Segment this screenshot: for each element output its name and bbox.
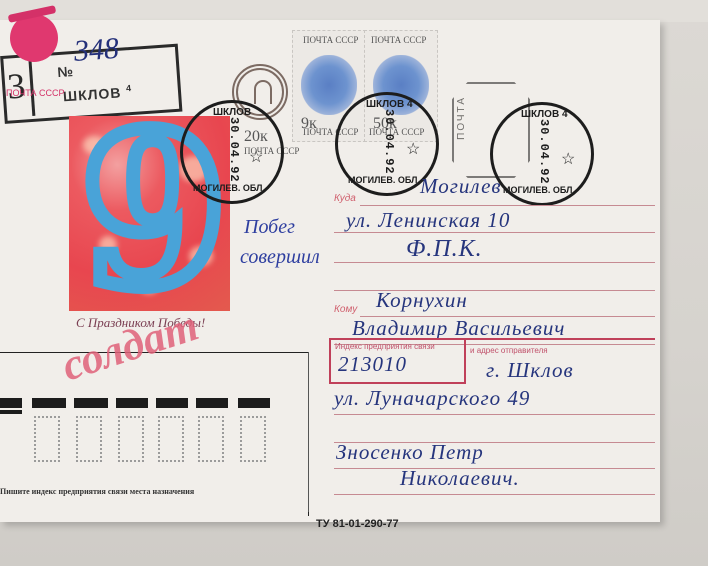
registration-number: 348 xyxy=(73,32,120,69)
whom-label: Кому xyxy=(334,304,357,315)
address-rule xyxy=(334,262,655,263)
print-spec-code: ТУ 81-01-290-77 xyxy=(316,518,399,530)
sender-index: 213010 xyxy=(338,352,407,377)
envelope-back-flap xyxy=(0,0,708,22)
address-rule xyxy=(360,205,655,206)
code-bar xyxy=(156,398,188,408)
postal-digit-box xyxy=(34,416,60,462)
blue-note-line-2: совершил xyxy=(240,246,320,269)
code-bar xyxy=(116,398,148,408)
postal-code-caption: Пишите индекс предприятия связи места на… xyxy=(0,487,194,496)
postmark-region: МОГИЛЕВ. ОБЛ. xyxy=(503,185,575,195)
star-icon: ☆ xyxy=(406,139,420,159)
postage-mark-text: ПОЧТА xyxy=(456,96,467,140)
blue-note-line-1: Побег xyxy=(244,216,295,239)
postal-digit-box xyxy=(76,416,102,462)
star-icon: ☆ xyxy=(249,147,263,167)
sender-street: ул. Луначарского 49 xyxy=(334,386,530,411)
star-icon: ☆ xyxy=(561,149,575,169)
code-bar xyxy=(196,398,228,408)
sender-address-rule xyxy=(462,338,655,340)
postal-digit-box xyxy=(198,416,224,462)
code-area-border xyxy=(308,352,309,512)
code-bar xyxy=(74,398,108,408)
postal-digit-box xyxy=(240,416,266,462)
postmark-region: МОГИЛЕВ. ОБЛ. xyxy=(348,175,420,185)
sender-surname-name: Зносенко Петр xyxy=(336,440,484,465)
address-rule xyxy=(334,414,655,415)
destination-city: Могилев xyxy=(420,174,502,199)
postal-digit-box xyxy=(118,416,144,462)
registration-class: 3 xyxy=(0,54,35,118)
postal-digit-box xyxy=(158,416,184,462)
recipient-surname: Корнухин xyxy=(376,288,468,313)
destination-street: ул. Ленинская 10 xyxy=(346,208,510,233)
address-rule xyxy=(334,494,655,495)
stamp-country: ПОЧТА СССР xyxy=(6,88,64,98)
cancellation-postmark: 30.04.92 ШКЛОВ МОГИЛЕВ. ОБЛ. ☆ xyxy=(180,100,284,204)
code-bar xyxy=(32,398,66,408)
figure-icon xyxy=(301,55,357,115)
postmark-city: ШКЛОВ 4 xyxy=(366,99,413,110)
registration-prefix: № xyxy=(57,63,74,80)
destination-organization: Ф.П.К. xyxy=(406,236,483,263)
code-bar xyxy=(0,410,22,414)
index-label: Индекс предприятия связи xyxy=(335,342,435,351)
sender-patronymic: Николаевич. xyxy=(400,466,520,491)
postmark-region: МОГИЛЕВ. ОБЛ. xyxy=(193,183,265,193)
cancellation-postmark: 30.04.92 ШКЛОВ 4 МОГИЛЕВ. ОБЛ. ☆ xyxy=(490,102,594,206)
code-bar xyxy=(0,398,22,408)
postmark-city: ШКЛОВ xyxy=(213,107,251,118)
postmark-city: ШКЛОВ 4 xyxy=(521,109,568,120)
to-label: Куда xyxy=(334,193,356,204)
sender-city: г. Шклов xyxy=(486,358,574,383)
code-bar xyxy=(238,398,270,408)
sender-address-label: и адрес отправителя xyxy=(470,346,548,355)
stamp-country: ПОЧТА СССР xyxy=(303,35,358,45)
stamp-country: ПОЧТА СССР xyxy=(371,35,426,45)
